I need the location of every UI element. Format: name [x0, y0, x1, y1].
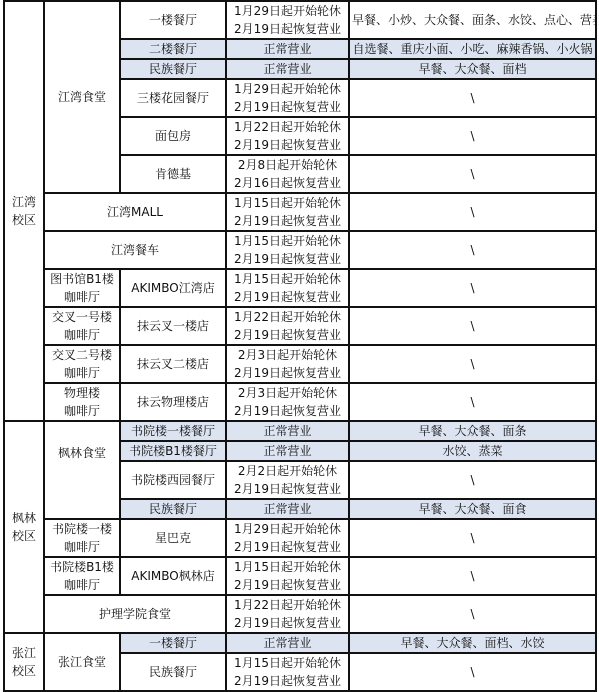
venue-cell: AKIMBO江湾店 — [120, 269, 226, 307]
detail-cell: 早餐、大众餐、面食 — [349, 499, 596, 519]
venue-cell: 书院楼一楼餐厅 — [120, 421, 226, 441]
group-cell: 枫林食堂 — [44, 421, 120, 519]
campus-cell-fenglin: 枫林 校区 — [4, 421, 44, 633]
detail-cell: \ — [349, 595, 596, 633]
group-cell: 江湾MALL — [44, 193, 226, 231]
table-row: 护理学院食堂 1月22日起开始轮休2月19日起恢复营业 \ — [4, 595, 596, 633]
venue-cell: 面包房 — [120, 117, 226, 155]
venue-cell: 抹云叉二楼店 — [120, 345, 226, 383]
group-cell: 书院楼一楼咖啡厅 — [44, 519, 120, 557]
status-cell: 2月3日起开始轮休2月19日起恢复营业 — [226, 345, 349, 383]
group-cell: 交叉二号楼咖啡厅 — [44, 345, 120, 383]
venue-cell: 肯德基 — [120, 155, 226, 193]
campus-label: 江湾 — [7, 193, 41, 211]
status-cell: 正常营业 — [226, 499, 349, 519]
status-cell: 正常营业 — [226, 39, 349, 59]
table-row: 图书馆B1楼咖啡厅 AKIMBO江湾店 1月15日起开始轮休2月19日起恢复营业… — [4, 269, 596, 307]
table-row: 枫林 校区 枫林食堂 书院楼一楼餐厅 正常营业 早餐、大众餐、面条 — [4, 421, 596, 441]
table-row: 张江 校区 张江食堂 一楼餐厅 正常营业 早餐、大众餐、面档、水饺 — [4, 633, 596, 653]
table-row: 交叉二号楼咖啡厅 抹云叉二楼店 2月3日起开始轮休2月19日起恢复营业 \ — [4, 345, 596, 383]
detail-cell: \ — [349, 269, 596, 307]
detail-cell: \ — [349, 307, 596, 345]
detail-cell: \ — [349, 193, 596, 231]
group-cell: 交叉一号楼咖啡厅 — [44, 307, 120, 345]
venue-cell: 书院楼B1楼餐厅 — [120, 441, 226, 461]
detail-cell: \ — [349, 155, 596, 193]
status-cell: 2月3日起开始轮休2月19日起恢复营业 — [226, 383, 349, 421]
venue-cell: 抹云物理楼店 — [120, 383, 226, 421]
detail-cell: \ — [349, 653, 596, 662]
status-cell: 1月15日起开始轮休2月19日起恢复营业 — [226, 653, 349, 662]
table-row: 物理楼咖啡厅 抹云物理楼店 2月3日起开始轮休2月19日起恢复营业 \ — [4, 383, 596, 421]
status-cell: 1月15日起开始轮休2月19日起恢复营业 — [226, 193, 349, 231]
table-row: 江湾 校区 江湾食堂 一楼餐厅 1月29日起开始轮休2月19日起恢复营业 早餐、… — [4, 1, 596, 39]
venue-cell: 一楼餐厅 — [120, 1, 226, 39]
venue-cell: 民族餐厅 — [120, 653, 226, 662]
status-cell: 1月22日起开始轮休2月19日起恢复营业 — [226, 595, 349, 633]
campus-cell-jiangwan: 江湾 校区 — [4, 1, 44, 421]
campus-cell-zhangjiang: 张江 校区 — [4, 633, 44, 662]
detail-cell: 早餐、大众餐、面条 — [349, 421, 596, 441]
venue-cell: AKIMBO枫林店 — [120, 557, 226, 595]
status-cell: 2月8日起开始轮休2月16日起恢复营业 — [226, 155, 349, 193]
group-cell: 张江食堂 — [44, 633, 120, 662]
status-cell: 1月22日起开始轮休2月19日起恢复营业 — [226, 117, 349, 155]
status-cell: 正常营业 — [226, 441, 349, 461]
status-cell: 1月29日起开始轮休2月19日起恢复营业 — [226, 79, 349, 117]
status-cell: 1月22日起开始轮休2月19日起恢复营业 — [226, 307, 349, 345]
status-cell: 1月15日起开始轮休2月19日起恢复营业 — [226, 231, 349, 269]
detail-cell: 早餐、大众餐、面档 — [349, 59, 596, 79]
table-row: 交叉一号楼咖啡厅 抹云叉一楼店 1月22日起开始轮休2月19日起恢复营业 \ — [4, 307, 596, 345]
detail-cell: \ — [349, 557, 596, 595]
status-cell: 1月29日起开始轮休2月19日起恢复营业 — [226, 1, 349, 39]
detail-cell: 早餐、大众餐、面档、水饺 — [349, 633, 596, 653]
table-row: 书院楼B1楼咖啡厅 AKIMBO枫林店 1月15日起开始轮休2月19日起恢复营业… — [4, 557, 596, 595]
venue-cell: 二楼餐厅 — [120, 39, 226, 59]
status-cell: 2月2日起开始轮休2月19日起恢复营业 — [226, 461, 349, 499]
group-cell: 护理学院食堂 — [44, 595, 226, 633]
status-cell: 正常营业 — [226, 59, 349, 79]
group-cell: 江湾食堂 — [44, 1, 120, 193]
table-row: 江湾MALL 1月15日起开始轮休2月19日起恢复营业 \ — [4, 193, 596, 231]
detail-cell: \ — [349, 461, 596, 499]
status-cell: 正常营业 — [226, 633, 349, 653]
detail-cell: \ — [349, 117, 596, 155]
table-row: 江湾餐车 1月15日起开始轮休2月19日起恢复营业 \ — [4, 231, 596, 269]
group-cell: 物理楼咖啡厅 — [44, 383, 120, 421]
table-row: 书院楼一楼咖啡厅 星巴克 1月29日起开始轮休2月19日起恢复营业 \ — [4, 519, 596, 557]
status-cell: 1月15日起开始轮休2月19日起恢复营业 — [226, 269, 349, 307]
group-cell: 江湾餐车 — [44, 231, 226, 269]
group-cell: 图书馆B1楼咖啡厅 — [44, 269, 120, 307]
venue-cell: 书院楼西园餐厅 — [120, 461, 226, 499]
group-cell: 书院楼B1楼咖啡厅 — [44, 557, 120, 595]
venue-cell: 民族餐厅 — [120, 499, 226, 519]
campus-label: 校区 — [7, 211, 41, 229]
venue-cell: 民族餐厅 — [120, 59, 226, 79]
detail-cell: \ — [349, 231, 596, 269]
status-cell: 1月29日起开始轮休2月19日起恢复营业 — [226, 519, 349, 557]
detail-cell: 自选餐、重庆小面、小吃、麻辣香锅、小火锅 — [349, 39, 596, 59]
detail-cell: \ — [349, 79, 596, 117]
detail-cell: 早餐、小炒、大众餐、面条、水饺、点心、营养粥、面包房 — [349, 1, 596, 39]
venue-cell: 星巴克 — [120, 519, 226, 557]
detail-cell: \ — [349, 383, 596, 421]
canteen-schedule-table: 江湾 校区 江湾食堂 一楼餐厅 1月29日起开始轮休2月19日起恢复营业 早餐、… — [3, 0, 597, 662]
venue-cell: 一楼餐厅 — [120, 633, 226, 653]
status-cell: 1月15日起开始轮休2月19日起恢复营业 — [226, 557, 349, 595]
detail-cell: 水饺、蒸菜 — [349, 441, 596, 461]
detail-cell: \ — [349, 345, 596, 383]
status-cell: 正常营业 — [226, 421, 349, 441]
venue-cell: 三楼花园餐厅 — [120, 79, 226, 117]
detail-cell: \ — [349, 519, 596, 557]
venue-cell: 抹云叉一楼店 — [120, 307, 226, 345]
